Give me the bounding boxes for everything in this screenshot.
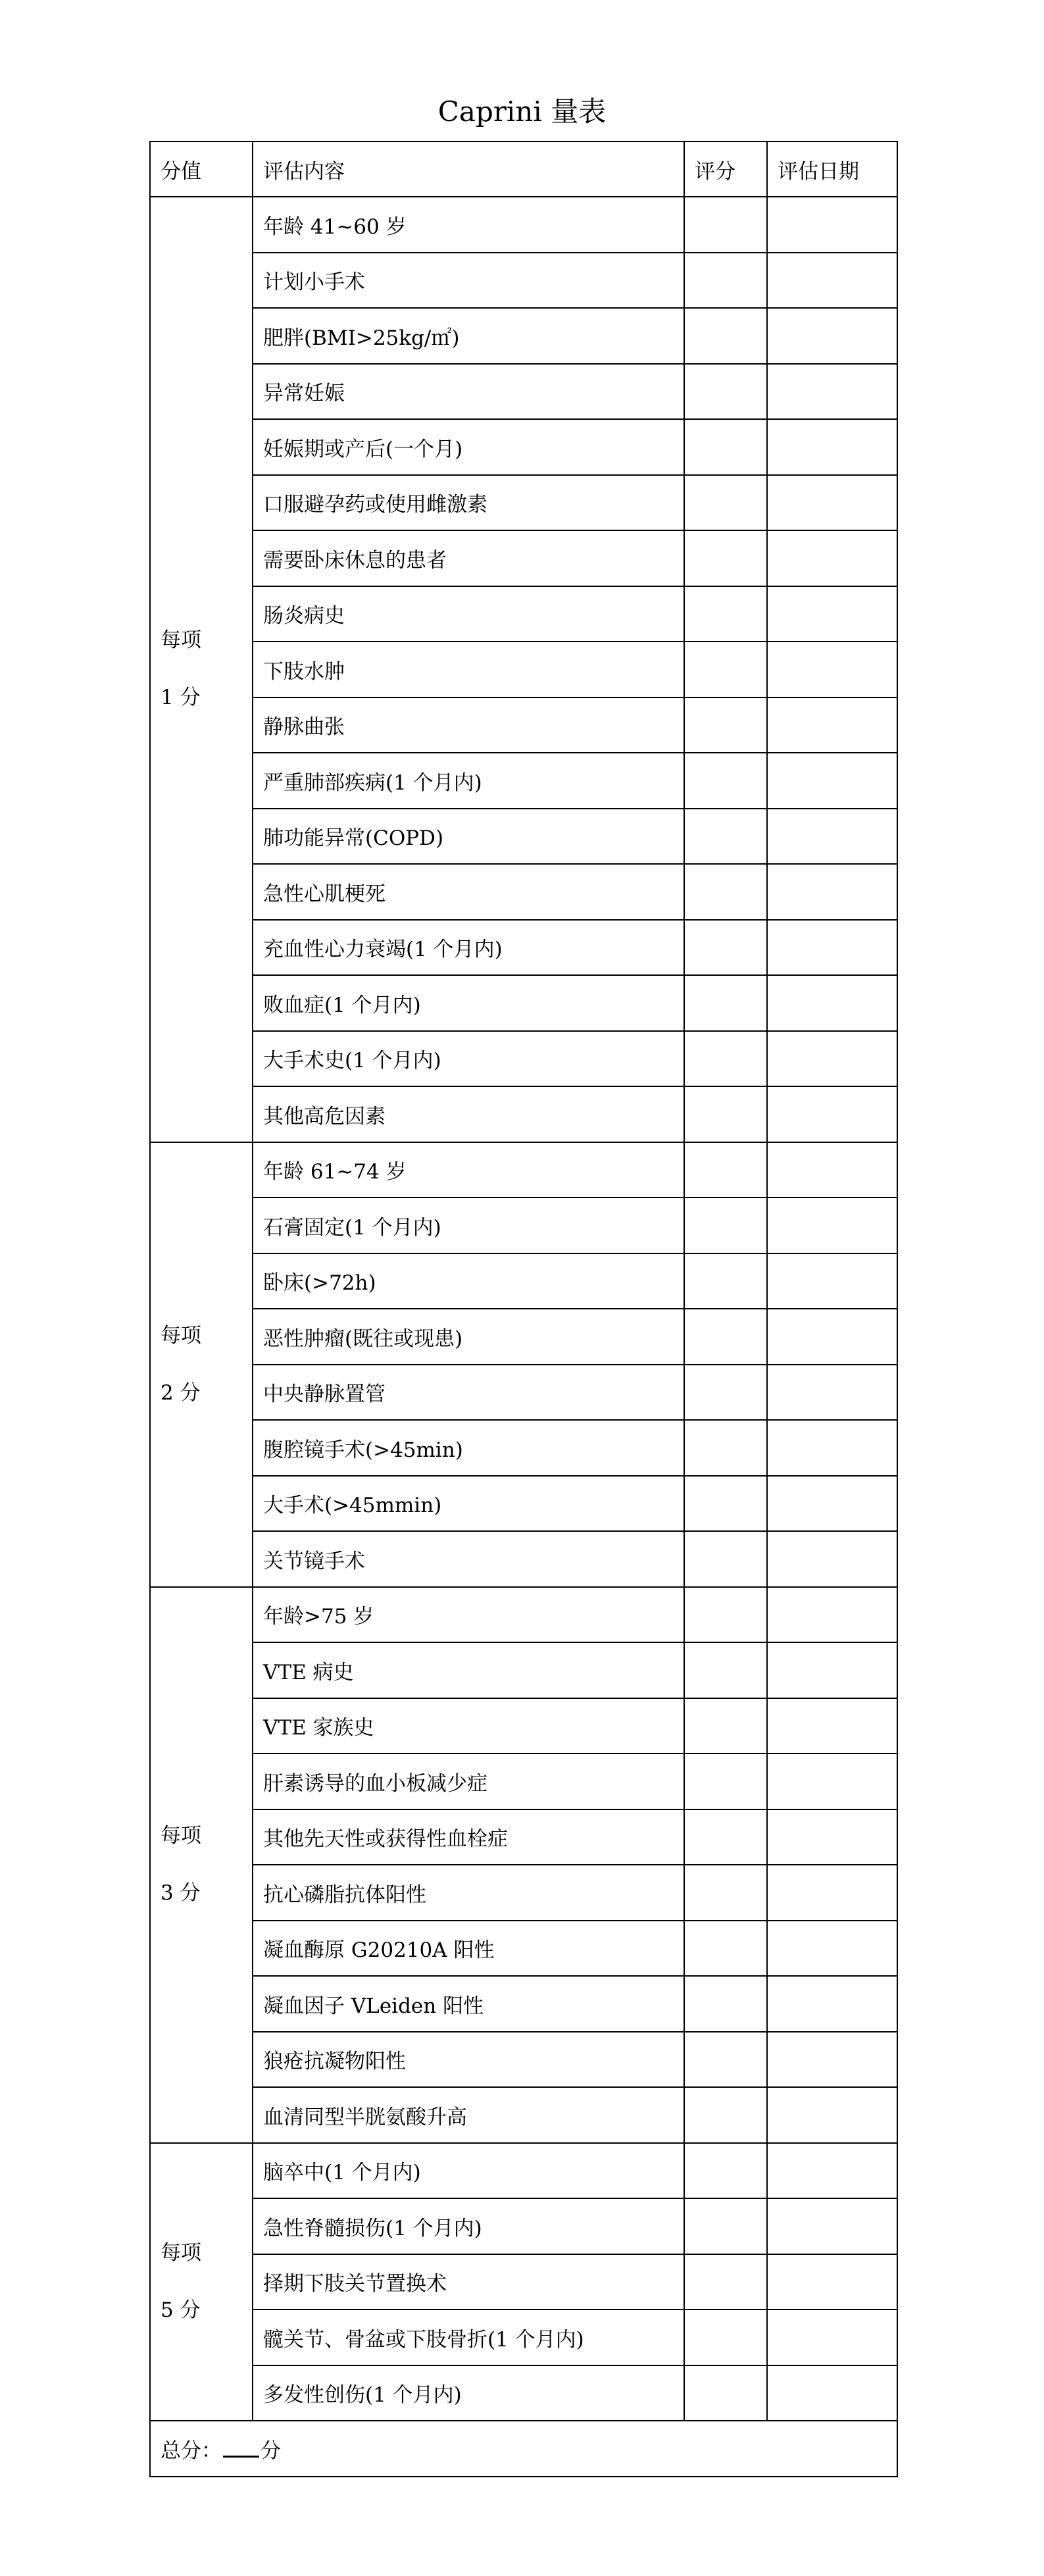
assessment-item: 需要卧床休息的患者 <box>253 530 684 586</box>
table-row: VTE 病史 <box>150 1642 897 1698</box>
score-input-cell[interactable] <box>684 1420 767 1476</box>
table-row: 每项2 分年龄 61~74 岁 <box>150 1142 897 1198</box>
score-input-cell[interactable] <box>684 642 767 697</box>
assessment-item: 血清同型半胱氨酸升高 <box>253 2087 684 2143</box>
assessment-item: 髋关节、骨盆或下肢骨折(1 个月内) <box>253 2310 684 2365</box>
total-score-cell: 总分：分 <box>150 2421 897 2477</box>
score-input-cell[interactable] <box>684 1698 767 1754</box>
total-row: 总分：分 <box>150 2421 897 2477</box>
group-label-line1: 每项 <box>161 1807 252 1865</box>
score-input-cell[interactable] <box>684 1642 767 1698</box>
date-input-cell[interactable] <box>767 2032 897 2088</box>
date-input-cell[interactable] <box>767 2087 897 2143</box>
assessment-item: 静脉曲张 <box>253 697 684 753</box>
assessment-item: 大手术(>45mmin) <box>253 1476 684 1532</box>
score-input-cell[interactable] <box>684 1976 767 2032</box>
score-input-cell[interactable] <box>684 1587 767 1643</box>
score-input-cell[interactable] <box>684 2198 767 2254</box>
score-input-cell[interactable] <box>684 1086 767 1142</box>
score-input-cell[interactable] <box>684 1142 767 1198</box>
date-input-cell[interactable] <box>767 1976 897 2032</box>
assessment-item: VTE 病史 <box>253 1642 684 1698</box>
score-input-cell[interactable] <box>684 2365 767 2421</box>
date-input-cell[interactable] <box>767 1809 897 1865</box>
caprini-assessment-table: 分值 评估内容 评分 评估日期 每项1 分年龄 41~60 岁计划小手术肥胖(B… <box>149 141 898 2477</box>
table-row: 每项5 分脑卒中(1 个月内) <box>150 2143 897 2199</box>
date-input-cell[interactable] <box>767 1253 897 1309</box>
score-input-cell[interactable] <box>684 1253 767 1309</box>
assessment-item: 肺功能异常(COPD) <box>253 809 684 865</box>
table-row: 异常妊娠 <box>150 364 897 420</box>
score-input-cell[interactable] <box>684 308 767 364</box>
table-body: 每项1 分年龄 41~60 岁计划小手术肥胖(BMI>25kg/㎡)异常妊娠妊娠… <box>150 197 897 2421</box>
date-input-cell[interactable] <box>767 753 897 809</box>
document-title: Caprini 量表 <box>0 92 1044 132</box>
score-input-cell[interactable] <box>684 586 767 642</box>
table-header-row: 分值 评估内容 评分 评估日期 <box>150 141 897 197</box>
table-row: 大手术(>45mmin) <box>150 1476 897 1532</box>
table-row: 凝血因子 VLeiden 阳性 <box>150 1976 897 2032</box>
date-input-cell[interactable] <box>767 809 897 865</box>
date-input-cell[interactable] <box>767 1531 897 1587</box>
score-input-cell[interactable] <box>684 1754 767 1809</box>
date-input-cell[interactable] <box>767 1698 897 1754</box>
date-input-cell[interactable] <box>767 1309 897 1365</box>
score-input-cell[interactable] <box>684 1865 767 1921</box>
group-label-line2: 5 分 <box>161 2282 252 2339</box>
date-input-cell[interactable] <box>767 1642 897 1698</box>
table-row: 口服避孕药或使用雌激素 <box>150 475 897 531</box>
table-row: 下肢水肿 <box>150 642 897 697</box>
total-prefix: 总分： <box>161 2439 222 2463</box>
date-input-cell[interactable] <box>767 1365 897 1421</box>
table-row: 计划小手术 <box>150 253 897 309</box>
date-input-cell[interactable] <box>767 1142 897 1198</box>
date-input-cell[interactable] <box>767 419 897 475</box>
table-row: 腹腔镜手术(>45min) <box>150 1420 897 1476</box>
assessment-item: 败血症(1 个月内) <box>253 975 684 1031</box>
date-input-cell[interactable] <box>767 197 897 253</box>
table-row: 需要卧床休息的患者 <box>150 530 897 586</box>
header-date: 评估日期 <box>767 141 897 197</box>
assessment-item: 抗心磷脂抗体阳性 <box>253 1865 684 1921</box>
assessment-item: 择期下肢关节置换术 <box>253 2254 684 2310</box>
assessment-item: 肥胖(BMI>25kg/㎡) <box>253 308 684 364</box>
date-input-cell[interactable] <box>767 253 897 309</box>
header-content: 评估内容 <box>253 141 684 197</box>
score-input-cell[interactable] <box>684 864 767 920</box>
table-row: 静脉曲张 <box>150 697 897 753</box>
assessment-item: 凝血酶原 G20210A 阳性 <box>253 1921 684 1977</box>
table-row: 每项3 分年龄>75 岁 <box>150 1587 897 1643</box>
score-input-cell[interactable] <box>684 1198 767 1253</box>
score-input-cell[interactable] <box>684 753 767 809</box>
date-input-cell[interactable] <box>767 1198 897 1253</box>
table-row: 大手术史(1 个月内) <box>150 1031 897 1087</box>
score-group-label: 每项2 分 <box>150 1142 253 1587</box>
date-input-cell[interactable] <box>767 1031 897 1087</box>
table-row: 充血性心力衰竭(1 个月内) <box>150 920 897 976</box>
date-input-cell[interactable] <box>767 475 897 531</box>
date-input-cell[interactable] <box>767 2310 897 2365</box>
date-input-cell[interactable] <box>767 308 897 364</box>
group-label-line1: 每项 <box>161 1307 252 1365</box>
score-input-cell[interactable] <box>684 2032 767 2088</box>
assessment-item: 异常妊娠 <box>253 364 684 420</box>
score-input-cell[interactable] <box>684 2143 767 2199</box>
table-row: 急性脊髓损伤(1 个月内) <box>150 2198 897 2254</box>
assessment-item: 脑卒中(1 个月内) <box>253 2143 684 2199</box>
score-input-cell[interactable] <box>684 1809 767 1865</box>
table-row: 髋关节、骨盆或下肢骨折(1 个月内) <box>150 2310 897 2365</box>
table-row: 凝血酶原 G20210A 阳性 <box>150 1921 897 1977</box>
assessment-item: 狼疮抗凝物阳性 <box>253 2032 684 2088</box>
score-input-cell[interactable] <box>684 530 767 586</box>
assessment-item: 腹腔镜手术(>45min) <box>253 1420 684 1476</box>
table-row: 肥胖(BMI>25kg/㎡) <box>150 308 897 364</box>
table-row: 中央静脉置管 <box>150 1365 897 1421</box>
score-group-label: 每项5 分 <box>150 2143 253 2421</box>
date-input-cell[interactable] <box>767 2254 897 2310</box>
assessment-item: 严重肺部疾病(1 个月内) <box>253 753 684 809</box>
table-row: 关节镜手术 <box>150 1531 897 1587</box>
assessment-item: 计划小手术 <box>253 253 684 309</box>
date-input-cell[interactable] <box>767 1420 897 1476</box>
date-input-cell[interactable] <box>767 364 897 420</box>
date-input-cell[interactable] <box>767 1865 897 1921</box>
date-input-cell[interactable] <box>767 586 897 642</box>
group-label-line2: 1 分 <box>161 669 252 726</box>
date-input-cell[interactable] <box>767 697 897 753</box>
assessment-item: 卧床(>72h) <box>253 1253 684 1309</box>
date-input-cell[interactable] <box>767 864 897 920</box>
score-input-cell[interactable] <box>684 475 767 531</box>
date-input-cell[interactable] <box>767 975 897 1031</box>
assessment-item: 中央静脉置管 <box>253 1365 684 1421</box>
assessment-item: 充血性心力衰竭(1 个月内) <box>253 920 684 976</box>
table-row: 狼疮抗凝物阳性 <box>150 2032 897 2088</box>
assessment-item: 石膏固定(1 个月内) <box>253 1198 684 1253</box>
score-input-cell[interactable] <box>684 1031 767 1087</box>
assessment-item: 其他高危因素 <box>253 1086 684 1142</box>
assessment-item: 肠炎病史 <box>253 586 684 642</box>
assessment-item: 妊娠期或产后(一个月) <box>253 419 684 475</box>
total-score-blank[interactable] <box>223 2455 259 2458</box>
table-row: 其他高危因素 <box>150 1086 897 1142</box>
assessment-item: 关节镜手术 <box>253 1531 684 1587</box>
table-row: 血清同型半胱氨酸升高 <box>150 2087 897 2143</box>
table-row: 恶性肿瘤(既往或现患) <box>150 1309 897 1365</box>
score-group-label: 每项1 分 <box>150 197 253 1142</box>
assessment-item: 年龄>75 岁 <box>253 1587 684 1643</box>
score-input-cell[interactable] <box>684 809 767 865</box>
score-input-cell[interactable] <box>684 364 767 420</box>
score-input-cell[interactable] <box>684 2087 767 2143</box>
score-input-cell[interactable] <box>684 1476 767 1532</box>
assessment-item: 其他先天性或获得性血栓症 <box>253 1809 684 1865</box>
date-input-cell[interactable] <box>767 920 897 976</box>
score-input-cell[interactable] <box>684 2310 767 2365</box>
assessment-item: 下肢水肿 <box>253 642 684 697</box>
date-input-cell[interactable] <box>767 2198 897 2254</box>
assessment-item: 年龄 41~60 岁 <box>253 197 684 253</box>
header-score: 评分 <box>684 141 767 197</box>
table-row: 多发性创伤(1 个月内) <box>150 2365 897 2421</box>
date-input-cell[interactable] <box>767 2143 897 2199</box>
score-input-cell[interactable] <box>684 253 767 309</box>
table-row: 卧床(>72h) <box>150 1253 897 1309</box>
group-label-line2: 2 分 <box>161 1365 252 1422</box>
assessment-item: 恶性肿瘤(既往或现患) <box>253 1309 684 1365</box>
total-suffix: 分 <box>261 2439 281 2463</box>
date-input-cell[interactable] <box>767 1476 897 1532</box>
score-input-cell[interactable] <box>684 920 767 976</box>
date-input-cell[interactable] <box>767 1587 897 1643</box>
assessment-item: 急性心肌梗死 <box>253 864 684 920</box>
table-row: 其他先天性或获得性血栓症 <box>150 1809 897 1865</box>
assessment-item: 凝血因子 VLeiden 阳性 <box>253 1976 684 2032</box>
assessment-item: 肝素诱导的血小板减少症 <box>253 1754 684 1809</box>
table-row: 肝素诱导的血小板减少症 <box>150 1754 897 1809</box>
table-row: 急性心肌梗死 <box>150 864 897 920</box>
table-row: 抗心磷脂抗体阳性 <box>150 1865 897 1921</box>
assessment-item: 年龄 61~74 岁 <box>253 1142 684 1198</box>
table-row: 妊娠期或产后(一个月) <box>150 419 897 475</box>
score-input-cell[interactable] <box>684 697 767 753</box>
score-input-cell[interactable] <box>684 975 767 1031</box>
score-group-label: 每项3 分 <box>150 1587 253 2143</box>
group-label-line1: 每项 <box>161 612 252 669</box>
table-row: 每项1 分年龄 41~60 岁 <box>150 197 897 253</box>
score-input-cell[interactable] <box>684 2254 767 2310</box>
table-row: 败血症(1 个月内) <box>150 975 897 1031</box>
table-row: 肺功能异常(COPD) <box>150 809 897 865</box>
date-input-cell[interactable] <box>767 1754 897 1809</box>
assessment-item: 多发性创伤(1 个月内) <box>253 2365 684 2421</box>
score-input-cell[interactable] <box>684 1531 767 1587</box>
date-input-cell[interactable] <box>767 1921 897 1977</box>
table-row: VTE 家族史 <box>150 1698 897 1754</box>
header-score-value: 分值 <box>150 141 253 197</box>
score-input-cell[interactable] <box>684 1921 767 1977</box>
assessment-item: 急性脊髓损伤(1 个月内) <box>253 2198 684 2254</box>
assessment-item: VTE 家族史 <box>253 1698 684 1754</box>
score-input-cell[interactable] <box>684 1309 767 1365</box>
assessment-item: 口服避孕药或使用雌激素 <box>253 475 684 531</box>
date-input-cell[interactable] <box>767 2365 897 2421</box>
date-input-cell[interactable] <box>767 530 897 586</box>
group-label-line1: 每项 <box>161 2225 252 2282</box>
table-row: 择期下肢关节置换术 <box>150 2254 897 2310</box>
date-input-cell[interactable] <box>767 1086 897 1142</box>
score-input-cell[interactable] <box>684 419 767 475</box>
table-row: 严重肺部疾病(1 个月内) <box>150 753 897 809</box>
table-row: 肠炎病史 <box>150 586 897 642</box>
assessment-item: 大手术史(1 个月内) <box>253 1031 684 1087</box>
score-input-cell[interactable] <box>684 197 767 253</box>
table-row: 石膏固定(1 个月内) <box>150 1198 897 1253</box>
group-label-line2: 3 分 <box>161 1865 252 1922</box>
date-input-cell[interactable] <box>767 642 897 697</box>
score-input-cell[interactable] <box>684 1365 767 1421</box>
